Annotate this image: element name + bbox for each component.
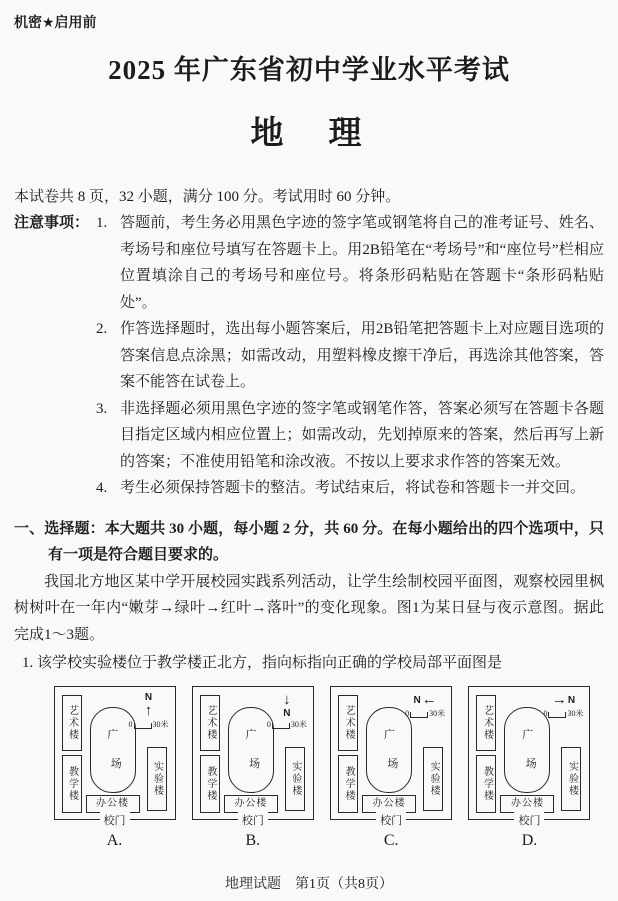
teaching-building-box: 教学楼: [62, 755, 82, 813]
section1-heading: 一、选择题：本大题共 30 小题，每小题 2 分，共 60 分。在每小题给出的四…: [14, 516, 604, 569]
option-b: 艺术楼 教学楼 广 场 实验楼 办公楼 校门 N 0 30米 B.: [190, 686, 315, 850]
teaching-building-box: 教学楼: [476, 755, 496, 813]
school-plan-diagram-c: 艺术楼 教学楼 广 场 实验楼 办公楼 校门 N 0 30米: [330, 686, 452, 820]
notice-list: 1. 答题前，考生务必用黑色字迹的签字笔或钢笔将自己的准考证号、姓名、考场号和座…: [96, 210, 604, 502]
arrow-icon: [422, 693, 437, 708]
notice-number: 1.: [96, 210, 120, 316]
north-label: N: [145, 693, 152, 703]
office-building-box: 办公楼: [224, 795, 278, 813]
notices-section: 注意事项： 1. 答题前，考生务必用黑色字迹的签字笔或钢笔将自己的准考证号、姓名…: [14, 210, 604, 502]
art-building-box: 艺术楼: [476, 695, 496, 751]
scale-zero: 0: [543, 710, 547, 718]
arrow-icon: [145, 704, 153, 719]
scale-zero: 0: [405, 710, 409, 718]
scale-bar: 0 30米: [129, 721, 169, 729]
question1-options: 艺术楼 教学楼 广 场 实验楼 办公楼 校门 N 0 30米 A.: [52, 686, 592, 850]
page-footer: 地理试题 第1页（共8页）: [0, 873, 618, 893]
notices-label: 注意事项：: [14, 210, 96, 502]
north-label: N: [283, 709, 290, 719]
scale-label: 30米: [567, 710, 583, 718]
school-gate-label: 校门: [238, 812, 268, 828]
notice-item-2: 2. 作答选择题时，选出每小题答案后，用2B铅笔把答题卡上对应题目选项的答案信息…: [96, 316, 604, 396]
school-plan-diagram-a: 艺术楼 教学楼 广 场 实验楼 办公楼 校门 N 0 30米: [54, 686, 176, 820]
scale-line: [548, 712, 566, 718]
plaza-label: 场: [387, 755, 398, 771]
north-label: N: [414, 696, 421, 706]
scale-bar: 0 30米: [267, 721, 307, 729]
notice-text: 作答选择题时，选出每小题答案后，用2B铅笔把答题卡上对应题目选项的答案信息点涂黑…: [120, 316, 604, 396]
notice-number: 3.: [96, 396, 120, 476]
question-group-intro: 我国北方地区某中学开展校园实践系列活动，让学生绘制校园平面图，观察校园里枫树树叶…: [14, 569, 604, 649]
scale-zero: 0: [267, 721, 271, 729]
art-building-box: 艺术楼: [62, 695, 82, 751]
scale-label: 30米: [429, 710, 445, 718]
teaching-building-box: 教学楼: [338, 755, 358, 813]
plaza-label: 广: [384, 726, 395, 742]
subject-title: 地 理: [0, 107, 618, 154]
north-label: N: [568, 696, 575, 706]
compass-and-scale: N 0 30米: [404, 693, 446, 718]
lab-building-box: 实验楼: [561, 747, 581, 811]
scale-bar: 0 30米: [405, 710, 445, 718]
option-label-d: D.: [522, 832, 538, 850]
scale-line: [134, 723, 152, 729]
option-a: 艺术楼 教学楼 广 场 实验楼 办公楼 校门 N 0 30米 A.: [52, 686, 177, 850]
north-arrow-icon: N: [552, 693, 575, 708]
notice-number: 4.: [96, 475, 120, 502]
art-building-box: 艺术楼: [200, 695, 220, 751]
scale-label: 30米: [291, 721, 307, 729]
arrow-icon: [283, 693, 291, 708]
plaza-label: 广: [522, 726, 533, 742]
school-gate-label: 校门: [376, 812, 406, 828]
plaza-label: 场: [526, 755, 537, 771]
school-plan-diagram-b: 艺术楼 教学楼 广 场 实验楼 办公楼 校门 N 0 30米: [192, 686, 314, 820]
north-arrow-icon: N: [283, 693, 291, 719]
notice-text: 非选择题必须用黑色字迹的签字笔或钢笔作答，答案必须写在答题卡各题目指定区域内相应…: [120, 396, 604, 476]
compass-and-scale: N 0 30米: [128, 693, 170, 729]
office-building-box: 办公楼: [362, 795, 416, 813]
office-building-box: 办公楼: [500, 795, 554, 813]
secrecy-label: 机密★启用前: [14, 12, 618, 32]
plaza-label: 广: [246, 726, 257, 742]
option-label-a: A.: [107, 832, 123, 850]
scale-zero: 0: [129, 721, 133, 729]
exam-title: 2025 年广东省初中学业水平考试: [0, 48, 618, 87]
compass-and-scale: N 0 30米: [266, 693, 308, 729]
school-gate-label: 校门: [514, 812, 544, 828]
lab-building-box: 实验楼: [423, 747, 443, 811]
plaza-label: 场: [111, 755, 122, 771]
option-label-c: C.: [384, 832, 399, 850]
north-arrow-icon: N: [145, 693, 153, 719]
notice-number: 2.: [96, 316, 120, 396]
plaza-label: 广: [107, 726, 118, 742]
scale-line: [272, 723, 290, 729]
notice-item-4: 4. 考生必须保持答题卡的整洁。考试结束后，将试卷和答题卡一并交回。: [96, 475, 604, 502]
school-plan-diagram-d: 艺术楼 教学楼 广 场 实验楼 办公楼 校门 N 0 30米: [468, 686, 590, 820]
arrow-icon: [552, 693, 567, 708]
exam-info-line: 本试卷共 8 页，32 小题，满分 100 分。考试用时 60 分钟。: [14, 184, 604, 210]
lab-building-box: 实验楼: [147, 747, 167, 811]
school-gate-label: 校门: [100, 812, 130, 828]
scale-bar: 0 30米: [543, 710, 583, 718]
plaza-label: 场: [249, 755, 260, 771]
lab-building-box: 实验楼: [285, 747, 305, 811]
plaza-oval: 广 场: [504, 707, 550, 793]
compass-and-scale: N 0 30米: [542, 693, 584, 718]
option-c: 艺术楼 教学楼 广 场 实验楼 办公楼 校门 N 0 30米 C.: [329, 686, 454, 850]
art-building-box: 艺术楼: [338, 695, 358, 751]
option-label-b: B.: [245, 832, 260, 850]
question-1-text: 1. 该学校实验楼位于教学楼正北方，指向标指向正确的学校局部平面图是: [22, 650, 604, 676]
notice-text: 答题前，考生务必用黑色字迹的签字笔或钢笔将自己的准考证号、姓名、考场号和座位号填…: [120, 210, 604, 316]
notice-text: 考生必须保持答题卡的整洁。考试结束后，将试卷和答题卡一并交回。: [120, 475, 604, 502]
plaza-oval: 广 场: [366, 707, 412, 793]
north-arrow-icon: N: [414, 693, 437, 708]
notice-item-1: 1. 答题前，考生务必用黑色字迹的签字笔或钢笔将自己的准考证号、姓名、考场号和座…: [96, 210, 604, 316]
teaching-building-box: 教学楼: [200, 755, 220, 813]
notice-item-3: 3. 非选择题必须用黑色字迹的签字笔或钢笔作答，答案必须写在答题卡各题目指定区域…: [96, 396, 604, 476]
scale-label: 30米: [153, 721, 169, 729]
option-d: 艺术楼 教学楼 广 场 实验楼 办公楼 校门 N 0 30米 D.: [467, 686, 592, 850]
office-building-box: 办公楼: [86, 795, 140, 813]
scale-line: [410, 712, 428, 718]
